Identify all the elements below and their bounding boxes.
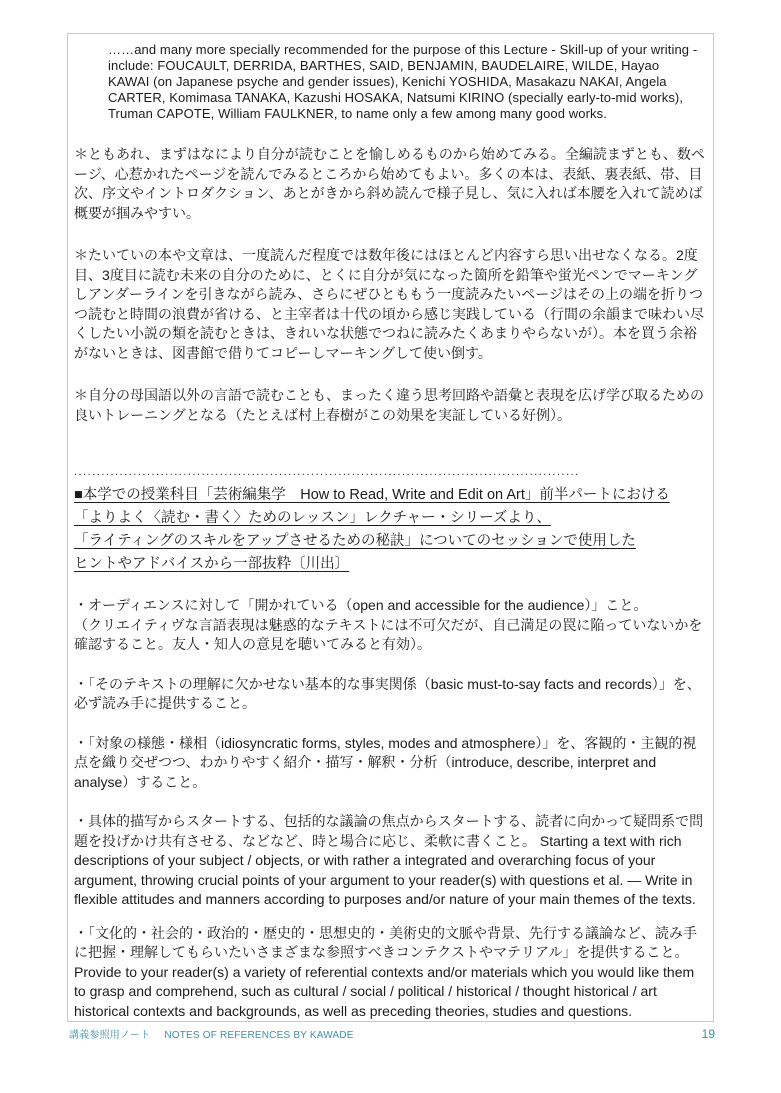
section-heading-line-4: ヒントやアドバイスから一部抜粋〔川出〕 <box>74 553 705 576</box>
advice-bullet-5: ・「文化的・社会的・政治的・歴史的・思想史的・美術史的文脈や背景、先行する議論な… <box>74 924 705 1022</box>
section-heading-line-1: ■本学での授業科目「芸術編集学 How to Read, Write and E… <box>74 484 705 507</box>
reading-tip-paragraph-1: ＊ともあれ、まずはなにより自分が読むことを愉しめるものから始めてみる。全編読まず… <box>74 145 705 223</box>
section-heading-line-2: 「よりよく〈読む・書く〉ためのレッスン」レクチャー・シリーズより、 <box>74 507 705 530</box>
advice-bullet-4: ・具体的描写からスタートする、包括的な議論の焦点からスタートする、読者に向かって… <box>74 812 705 910</box>
advice-bullet-1: ・オーディエンスに対して「開かれている（open and accessible … <box>74 596 705 655</box>
page-footer: 講義参照用ノートNOTES OF REFERENCES BY KAWADE 19 <box>69 1026 715 1041</box>
advice-bullet-2: ・「そのテキストの理解に欠かせない基本的な事実関係（basic must-to-… <box>74 675 705 714</box>
heading-text: 「よりよく〈読む・書く〉ためのレッスン」レクチャー・シリーズより、 <box>74 510 551 526</box>
page-number: 19 <box>702 1027 715 1041</box>
bullet-text: ・オーディエンスに対して「開かれている（open and accessible … <box>74 596 705 616</box>
section-heading: ■本学での授業科目「芸術編集学 How to Read, Write and E… <box>74 484 705 576</box>
dotted-separator: ........................................… <box>74 465 579 479</box>
heading-text: ヒントやアドバイスから一部抜粋〔川出〕 <box>74 556 349 572</box>
advice-bullet-3: ・「対象の様態・様相（idiosyncratic forms, styles, … <box>74 734 705 793</box>
footer-title: 講義参照用ノートNOTES OF REFERENCES BY KAWADE <box>69 1026 354 1041</box>
bullet-text: ・「対象の様態・様相（idiosyncratic forms, styles, … <box>74 734 705 793</box>
content-frame: ……and many more specially recommended fo… <box>67 33 714 1022</box>
bullet-text: ・「文化的・社会的・政治的・歴史的・思想史的・美術史的文脈や背景、先行する議論な… <box>74 924 705 1022</box>
bullet-note-text: （クリエイティヴな言語表現は魅惑的なテキストには不可欠だが、自己満足の罠に陥って… <box>74 616 705 655</box>
bullet-text: ・具体的描写からスタートする、包括的な議論の焦点からスタートする、読者に向かって… <box>74 812 705 910</box>
footer-title-jp: 講義参照用ノート <box>69 1030 150 1041</box>
reading-tip-paragraph-3: ＊自分の母国語以外の言語で読むことも、まったく違う思考回路や語彙と表現を広げ学び… <box>74 386 705 425</box>
footer-title-en: NOTES OF REFERENCES BY KAWADE <box>164 1030 353 1041</box>
reading-tip-paragraph-2: ＊たいていの本や文章は、一度読んだ程度では数年後にはほとんど内容すら思い出せなく… <box>74 246 705 363</box>
bullet-text: ・「そのテキストの理解に欠かせない基本的な事実関係（basic must-to-… <box>74 675 705 714</box>
recommended-authors-paragraph: ……and many more specially recommended fo… <box>108 42 699 122</box>
advice-bullet-list: ・オーディエンスに対して「開かれている（open and accessible … <box>74 596 705 1021</box>
heading-text: ■本学での授業科目「芸術編集学 How to Read, Write and E… <box>74 487 670 503</box>
document-page: ……and many more specially recommended fo… <box>0 0 781 1093</box>
heading-text: 「ライティングのスキルをアップさせるための秘訣」についてのセッションで使用した <box>74 533 636 549</box>
section-heading-line-3: 「ライティングのスキルをアップさせるための秘訣」についてのセッションで使用した <box>74 530 705 553</box>
